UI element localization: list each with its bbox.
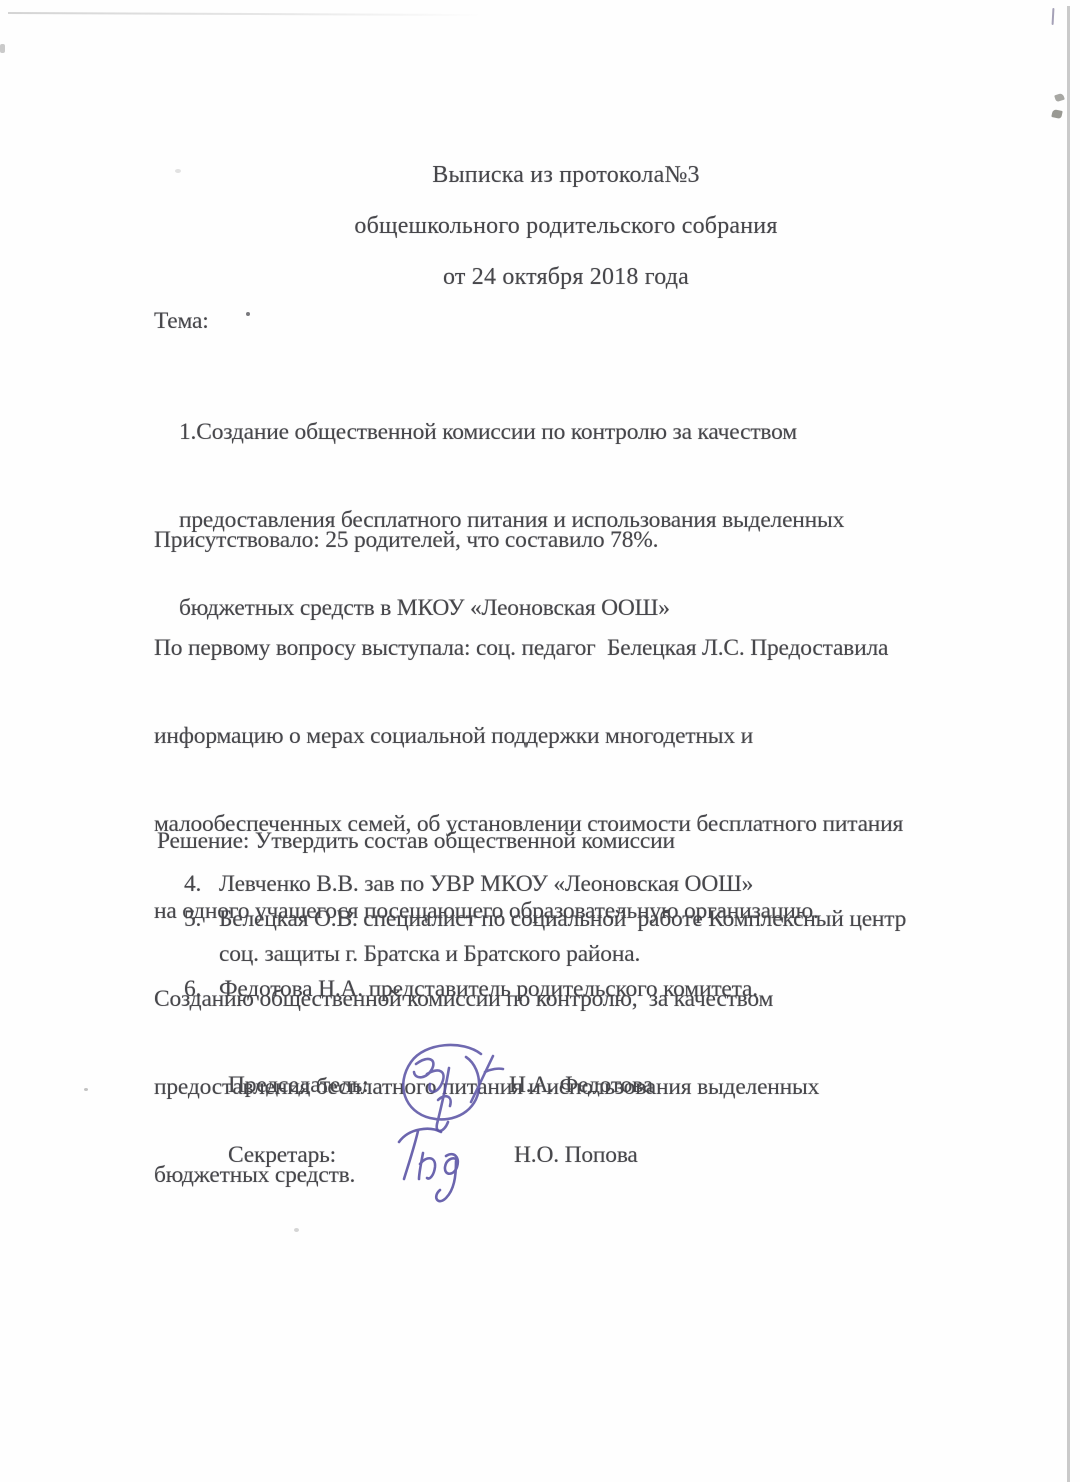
member-number: 6. — [184, 976, 219, 1003]
member-text: Белецкая О.В. специалист по социальной р… — [219, 906, 906, 933]
scan-artifact-speck — [1054, 93, 1065, 102]
speech-paragraph-line: информацию о мерах социальной поддержки … — [154, 720, 903, 754]
member-text: Федотова Н.А. представитель родительског… — [219, 976, 758, 1003]
chairman-name: Н.А. Федотова — [509, 1072, 653, 1099]
member-item-continuation: соц. защиты г. Братска и Братского район… — [219, 941, 640, 968]
member-text: Левченко В.В. зав по УВР МКОУ «Леоновска… — [219, 871, 753, 898]
decision-line: Решение: Утвердить состав общественной к… — [157, 828, 675, 855]
document-title-line: общешкольного родительского собрания — [140, 201, 992, 252]
member-item: 5. Белецкая О.В. специалист по социально… — [184, 906, 906, 933]
scan-artifact-speck — [246, 312, 250, 316]
scan-artifact-speck — [1051, 109, 1062, 119]
document-header: Выписка из протокола№3 общешкольного род… — [140, 150, 992, 303]
scan-artifact-speck — [84, 1088, 88, 1091]
member-item: 4. Левченко В.В. зав по УВР МКОУ «Леонов… — [184, 871, 753, 898]
scan-artifact-top-line — [8, 12, 483, 16]
secretary-role-label: Секретарь: — [228, 1142, 336, 1169]
chairman-role-label: Председатель: — [228, 1072, 369, 1099]
secretary-name: Н.О. Попова — [514, 1142, 638, 1169]
theme-label: Тема: — [154, 308, 209, 335]
member-number: 5. — [184, 906, 219, 933]
member-item: 6. Федотова Н.А. представитель родительс… — [184, 976, 758, 1003]
scan-artifact-right-edge-line — [1067, 6, 1070, 1482]
document-title-line: от 24 октября 2018 года — [140, 252, 992, 303]
secretary-signature-ink — [392, 1122, 474, 1208]
scan-artifact-speck — [0, 44, 5, 53]
theme-paragraph-line: 1.Создание общественной комиссии по конт… — [179, 416, 844, 450]
speech-paragraph-line: По первому вопросу выступала: соц. педаг… — [154, 632, 903, 666]
member-number: 4. — [184, 871, 219, 898]
document-title-line: Выписка из протокола№3 — [140, 150, 992, 201]
scan-artifact-corner-dash — [1052, 8, 1055, 25]
attendance-line: Присутствовало: 25 родителей, что состав… — [154, 527, 658, 554]
scanned-document-page: Выписка из протокола№3 общешкольного род… — [0, 0, 1080, 1482]
